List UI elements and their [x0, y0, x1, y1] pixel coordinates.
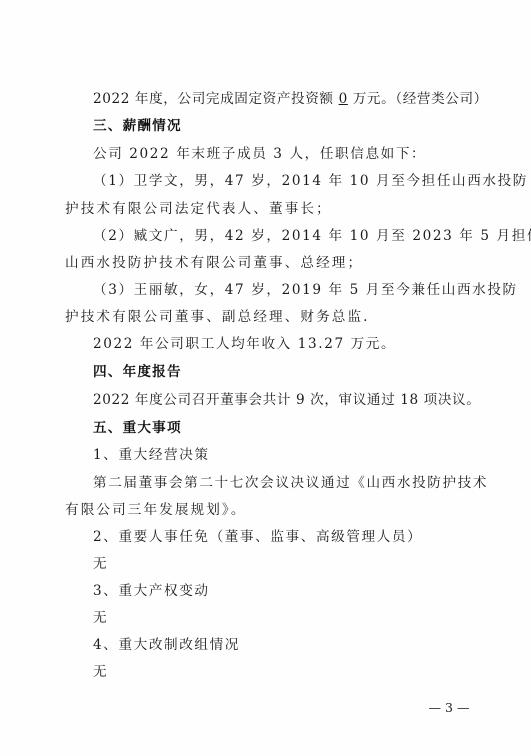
paragraph-board-resolution-line-1: 第二届董事会第二十七次会议决议通过《山西水投防护技术	[93, 470, 477, 497]
subheading-major-business-decisions: 1、重大经营决策	[93, 442, 477, 469]
section-heading-compensation: 三、薪酬情况	[93, 113, 477, 140]
subheading-property-rights-changes: 3、重大产权变动	[93, 578, 477, 605]
paragraph-board-resolution-line-2: 有限公司三年发展规划》。	[65, 497, 477, 524]
paragraph-fixed-asset-investment: 2022 年度，公司完成固定资产投资额 0 万元。（经营类公司）	[93, 86, 477, 113]
subheading-personnel-appointments: 2、重要人事任免（董事、监事、高级管理人员）	[93, 524, 477, 551]
paragraph-board-meetings: 2022 年度公司召开董事会共计 9 次，审议通过 18 项决议。	[93, 387, 477, 414]
subheading-restructuring: 4、重大改制改组情况	[93, 632, 477, 659]
paragraph-member-3-line-1: （3）王丽敏，女，47 岁，2019 年 5 月至今兼任山西水投防	[93, 277, 477, 304]
paragraph-member-1-line-1: （1）卫学文，男，47 岁，2014 年 10 月至今担任山西水投防	[93, 168, 477, 195]
section-heading-major-matters: 五、重大事项	[93, 415, 477, 442]
document-page: 2022 年度，公司完成固定资产投资额 0 万元。（经营类公司） 三、薪酬情况 …	[0, 0, 531, 756]
text-segment: 2022 年度，公司完成固定资产投资额	[93, 91, 339, 107]
paragraph-none-restructuring: 无	[93, 659, 477, 686]
paragraph-none-property: 无	[93, 605, 477, 632]
paragraph-member-2-line-1: （2）臧文广，男，42 岁，2014 年 10 月至 2023 年 5 月担任	[93, 223, 477, 250]
paragraph-member-1-line-2: 护技术有限公司法定代表人、董事长；	[65, 196, 477, 223]
paragraph-none-personnel: 无	[93, 551, 477, 578]
page-number: — 3 —	[424, 698, 474, 718]
investment-amount-value: 0	[339, 91, 348, 107]
paragraph-average-income: 2022 年公司职工人均年收入 13.27 万元。	[93, 331, 477, 358]
paragraph-leadership-intro: 公司 2022 年末班子成员 3 人，任职信息如下：	[93, 141, 477, 168]
section-heading-annual-report: 四、年度报告	[93, 359, 477, 386]
text-segment: 万元。（经营类公司）	[348, 91, 488, 107]
paragraph-member-2-line-2: 山西水投防护技术有限公司董事、总经理；	[65, 250, 477, 277]
paragraph-member-3-line-2: 护技术有限公司董事、副总经理、财务总监.	[65, 304, 477, 331]
